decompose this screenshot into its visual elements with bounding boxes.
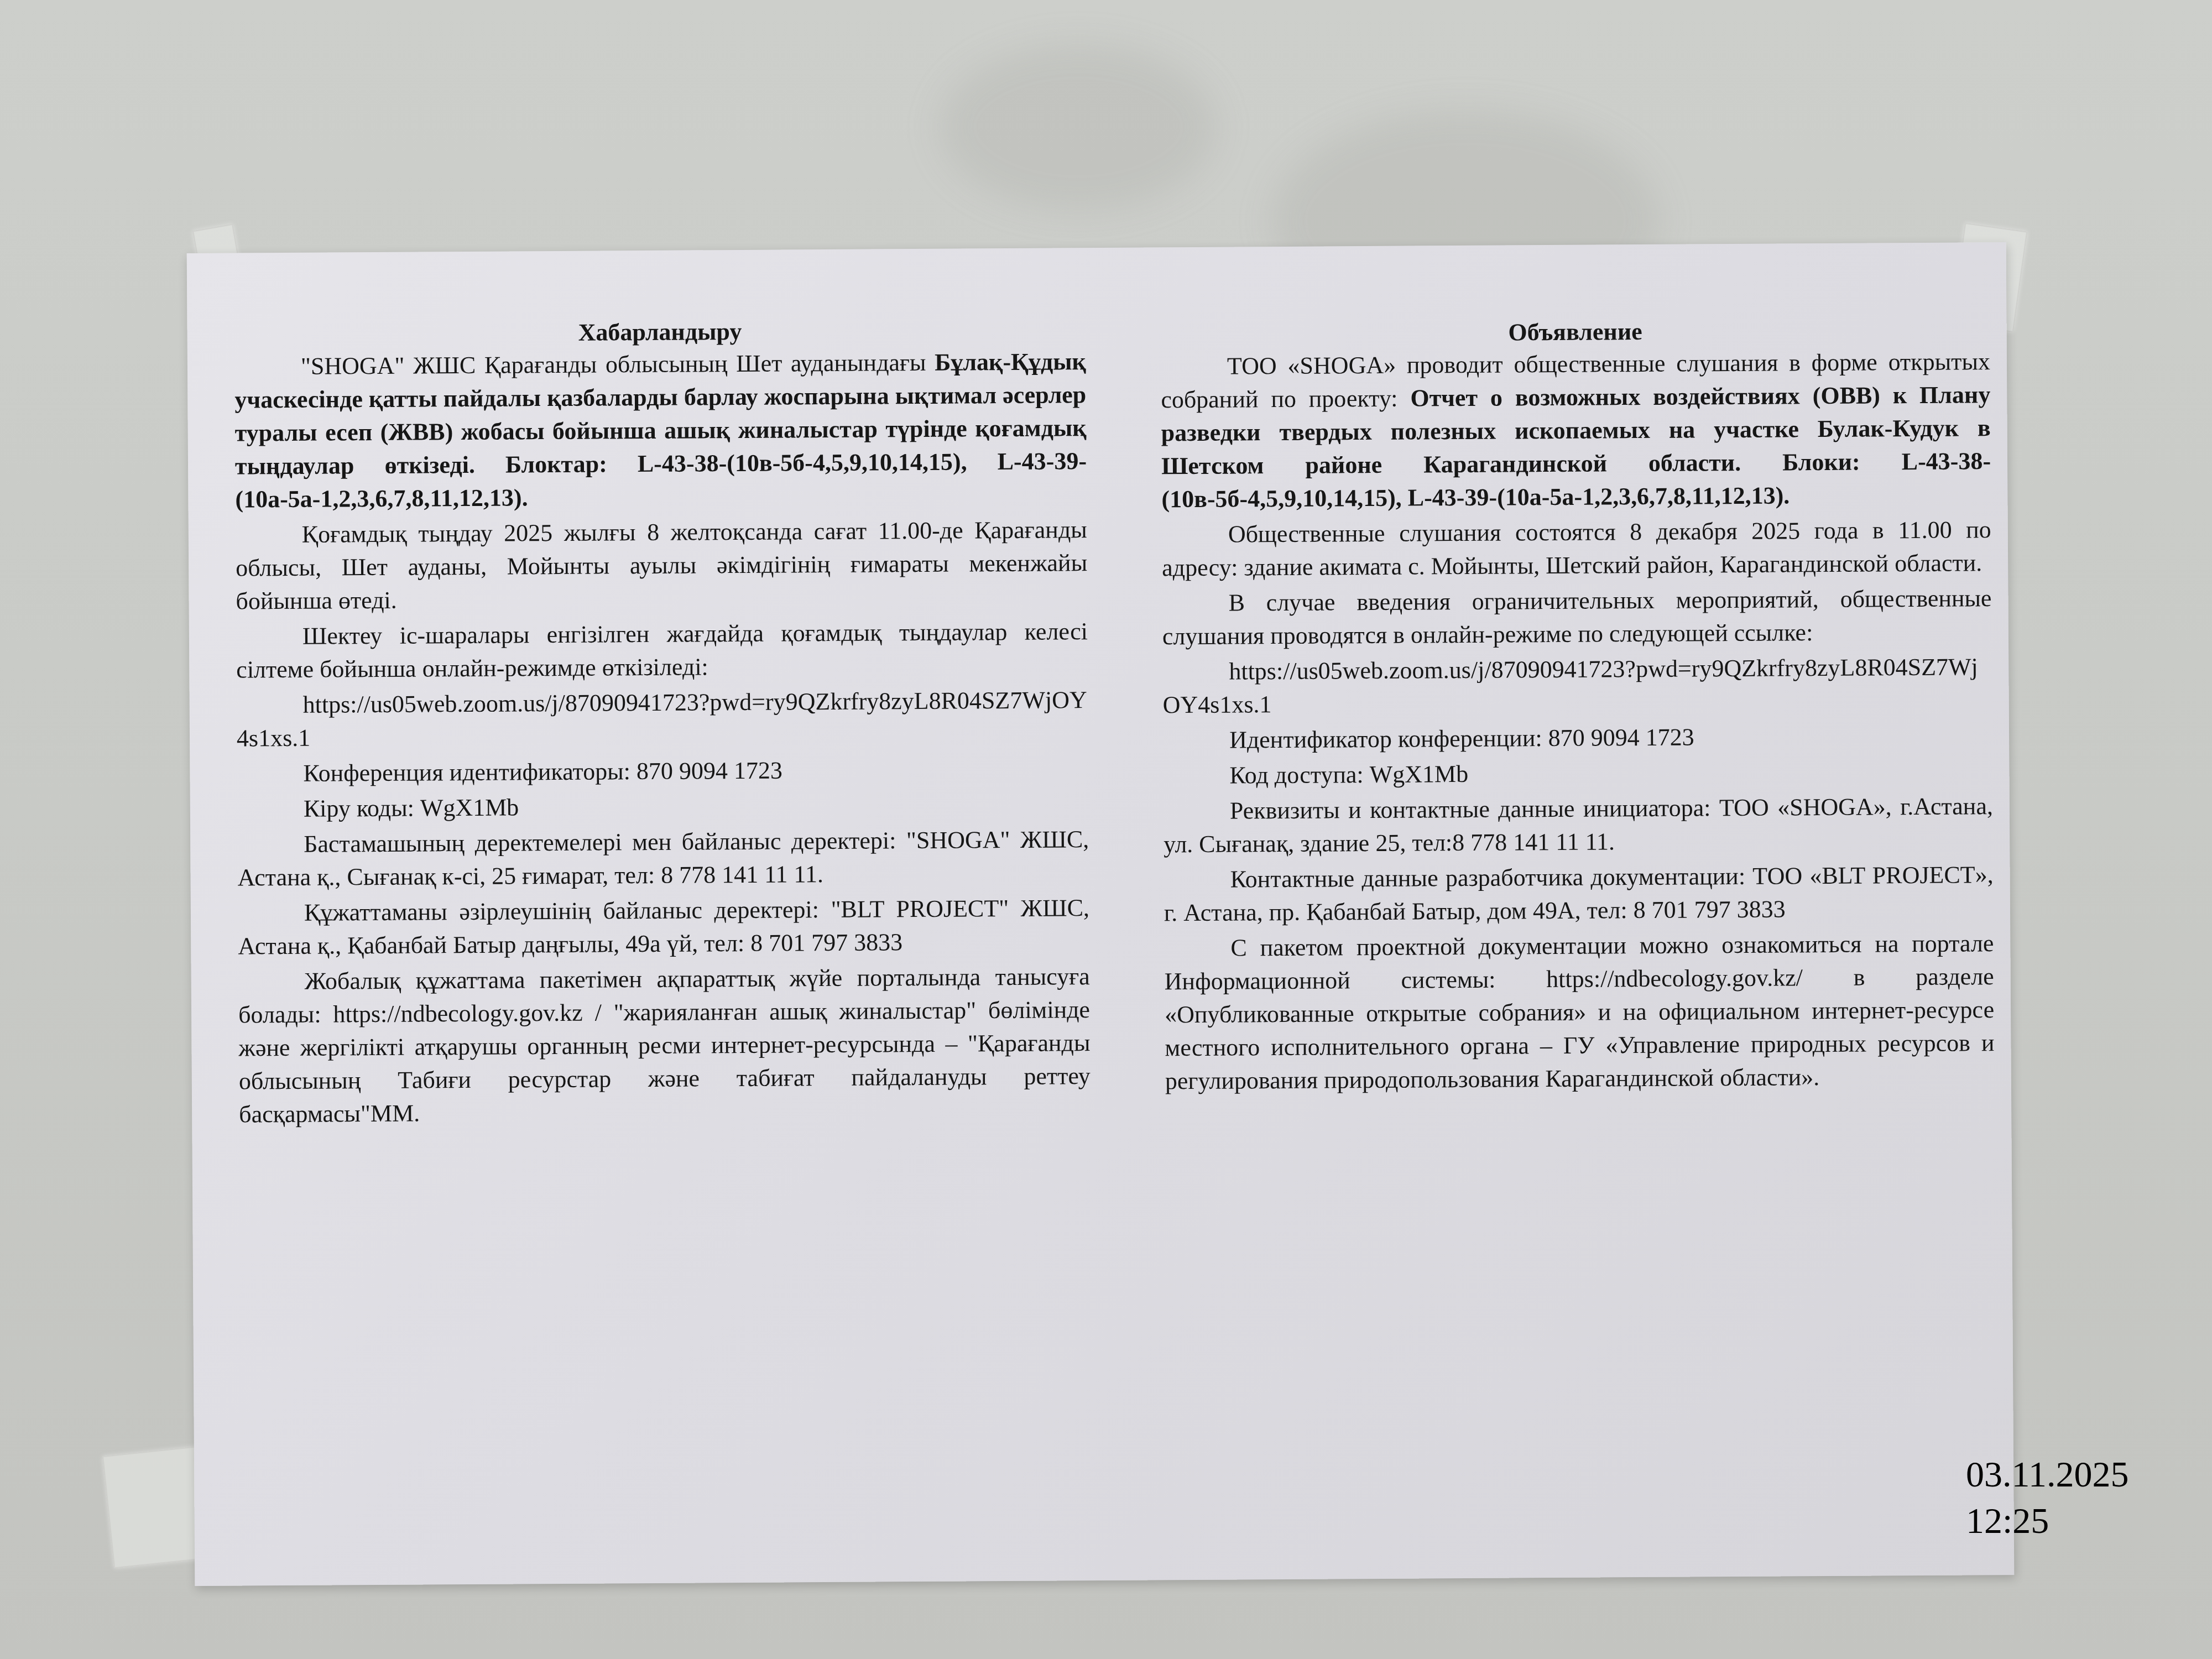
notice-russian: Объявление ТОО «SHOGA» проводит обществе… xyxy=(1160,314,1995,1100)
notice-title-kz: Хабарландыру xyxy=(234,314,1086,350)
online-paragraph: В случае введения ограничительных меропр… xyxy=(1162,582,1992,653)
notice-sheet: Хабарландыру "SHOGA" ЖШС Қарағанды облыс… xyxy=(187,242,2015,1586)
initiator-contacts: Реквизиты и контактные данные инициатора… xyxy=(1164,790,1994,861)
timestamp-date: 03.11.2025 xyxy=(1966,1452,2129,1498)
intro-paragraph: "SHOGA" ЖШС Қарағанды облысының Шет ауда… xyxy=(234,345,1087,516)
hearing-paragraph: Қоғамдық тыңдау 2025 жылғы 8 желтоқсанда… xyxy=(236,513,1088,618)
notice-title-ru: Объявление xyxy=(1160,314,1990,350)
intro-normal: "SHOGA" ЖШС Қарағанды облысының Шет ауда… xyxy=(301,349,935,380)
timestamp-time: 12:25 xyxy=(1966,1498,2129,1545)
documentation-info: С пакетом проектной документации можно о… xyxy=(1164,927,1995,1098)
conference-id: Идентификатор конференции: 870 9094 1723 xyxy=(1163,719,1992,757)
online-paragraph: Шектеу іс-шаралары енгізілген жағдайда қ… xyxy=(236,615,1088,686)
zoom-link: https://us05web.zoom.us/j/87090941723?pw… xyxy=(1162,650,1992,722)
initiator-contacts: Бастамашының деректемелері мен байланыс … xyxy=(237,823,1089,894)
zoom-link: https://us05web.zoom.us/j/87090941723?pw… xyxy=(236,684,1088,755)
photo-timestamp: 03.11.2025 12:25 xyxy=(1966,1452,2129,1545)
conference-id: Конференция идентификаторы: 870 9094 172… xyxy=(237,752,1088,790)
intro-paragraph: ТОО «SHOGA» проводит общественные слушан… xyxy=(1161,345,1991,516)
wall-smudge xyxy=(940,44,1217,210)
documentation-info: Жобалық құжаттама пакетімен ақпараттық ж… xyxy=(238,960,1091,1131)
access-code: Код доступа: WgX1Mb xyxy=(1163,754,1992,792)
access-code: Кіру коды: WgX1Mb xyxy=(237,787,1089,826)
developer-contacts: Контактные данные разработчика документа… xyxy=(1164,858,1994,930)
hearing-paragraph: Общественные слушания состоятся 8 декабр… xyxy=(1162,513,1992,585)
developer-contacts: Құжаттаманы әзірлеушінің байланыс дерект… xyxy=(238,891,1090,963)
notice-kazakh: Хабарландыру "SHOGA" ЖШС Қарағанды облыс… xyxy=(234,314,1091,1133)
